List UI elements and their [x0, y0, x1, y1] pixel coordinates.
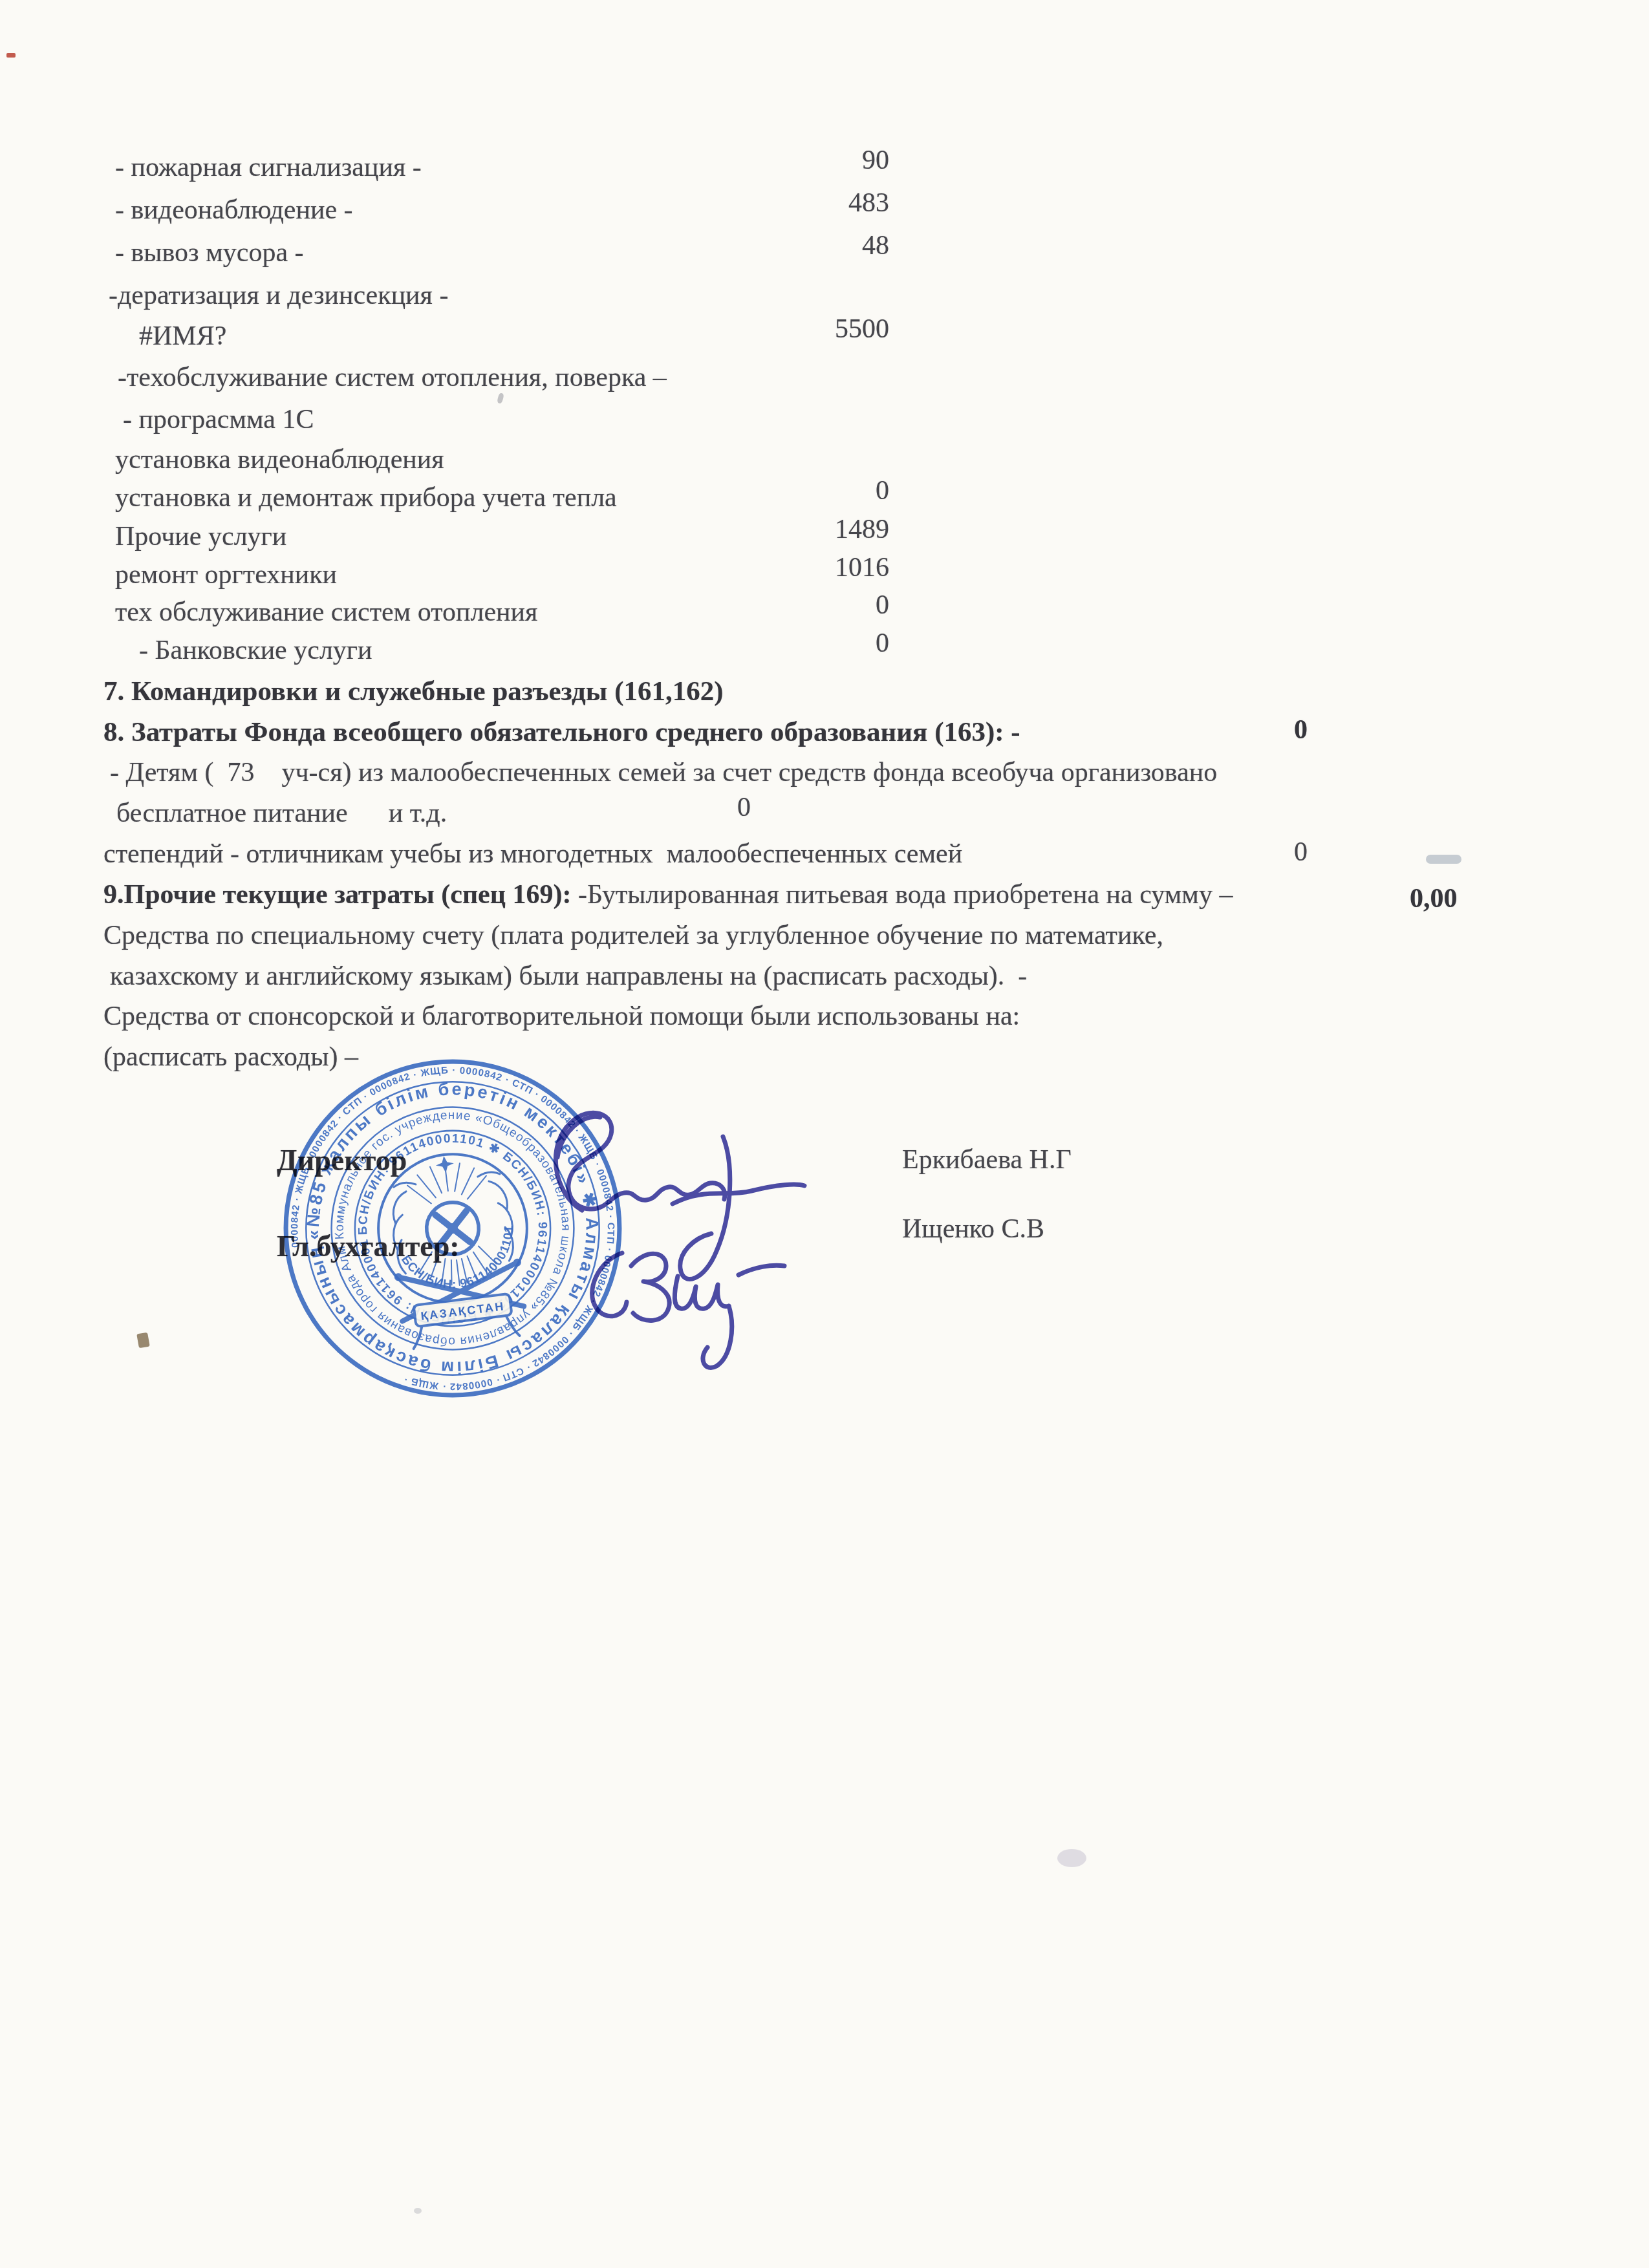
expense-line: -дератизация и дезинсекция - — [109, 281, 448, 310]
expense-line: бесплатное питание и т.д. — [116, 798, 447, 828]
expense-value: 1016 — [753, 552, 889, 583]
expense-line: установка видеонаблюдения — [115, 445, 444, 475]
expense-value: 0 — [737, 792, 751, 823]
expense-value: 5500 — [753, 314, 889, 345]
expense-line: тех обслуживание систем отопления — [115, 597, 537, 627]
expense-value: 0 — [753, 475, 889, 506]
expense-value: 483 — [753, 187, 889, 219]
scan-speck — [414, 2208, 422, 2214]
signatures-overlay — [504, 1073, 841, 1384]
expense-value: 48 — [753, 230, 889, 261]
expense-value: 0 — [753, 628, 889, 659]
expense-line: казахскому и английскому языкам) были на… — [110, 961, 1027, 991]
expense-line: #ИМЯ? — [139, 321, 226, 351]
director-signature — [555, 1113, 804, 1279]
scan-speck-red — [6, 53, 16, 58]
section-heading-7: 7. Командировки и служебные разъезды (16… — [103, 676, 724, 707]
scan-smudge — [1057, 1849, 1086, 1867]
scan-speck-brown — [136, 1332, 150, 1349]
expense-line: Средства от спонсорской и благотворитель… — [103, 1001, 1020, 1031]
expense-value: 0 — [753, 590, 889, 621]
expense-line: - програсмма 1С — [123, 405, 314, 434]
expense-value: 90 — [753, 145, 889, 176]
heading-9-rest: -Бутылированная питьевая вода приобретен… — [578, 880, 1233, 910]
accountant-name: Ищенко С.В — [902, 1214, 1044, 1245]
section-value: 0 — [1172, 714, 1308, 745]
expense-line: - Банковские услуги — [139, 636, 372, 665]
scan-speck — [497, 392, 504, 404]
scan-smudge — [1426, 855, 1461, 864]
accountant-signature — [592, 1253, 784, 1368]
expense-line: - Детям ( 73 уч-ся) из малообеспеченных … — [110, 758, 1217, 787]
expense-value: 1489 — [753, 514, 889, 545]
director-name: Еркибаева Н.Г — [902, 1144, 1072, 1175]
expense-line: ремонт оргтехники — [115, 560, 337, 590]
expense-line: - видеонаблюдение - — [115, 195, 353, 225]
expense-line: установка и демонтаж прибора учета тепла — [115, 483, 617, 513]
expense-line: - пожарная сигнализация - — [115, 153, 422, 182]
amount-value: 0,00 — [1410, 883, 1458, 914]
scanned-document-page: - пожарная сигнализация - 90 - видеонабл… — [0, 0, 1649, 2268]
section-heading-9: 9.Прочие текущие затраты (спец 169): -Бу… — [103, 880, 1233, 910]
expense-line: Прочие услуги — [115, 522, 286, 551]
expense-line: - вывоз мусора - — [115, 238, 304, 268]
section-heading-8: 8. Затраты Фонда всеобщего обязательного… — [103, 717, 1020, 747]
expense-line: степендий - отличникам учебы из многодет… — [103, 839, 962, 869]
expense-value: 0 — [1172, 837, 1308, 868]
expense-line: -техобслуживание систем отопления, повер… — [118, 363, 667, 392]
expense-line: Средства по специальному счету (плата ро… — [103, 921, 1163, 950]
heading-9-bold-part: 9.Прочие текущие затраты (спец 169): — [103, 880, 578, 910]
